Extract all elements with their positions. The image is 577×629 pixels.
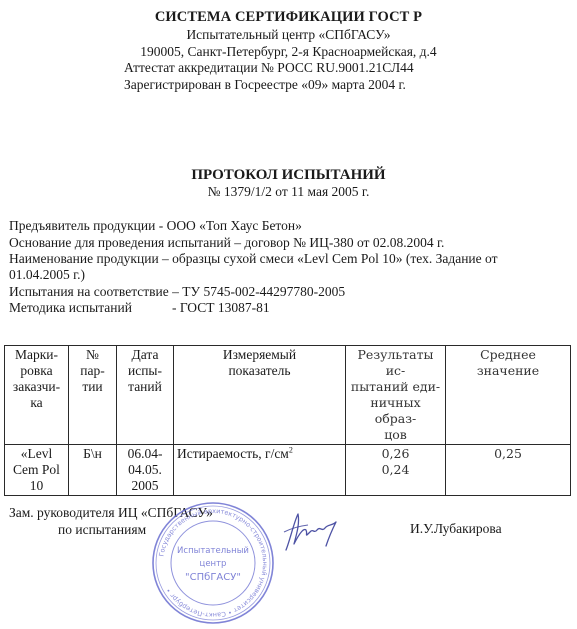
accreditation-line: Аттестат аккредитации № РОСС RU.9001.21С… (124, 60, 414, 76)
cell-average: 0,25 (446, 445, 571, 496)
svg-text:центр: центр (200, 559, 227, 569)
header-individual-results: Результаты ис-пытаний еди-ничных образ-ц… (346, 346, 446, 445)
header-batch: №пар-тии (69, 346, 117, 445)
header-marking: Марки-ровказаказчи-ка (5, 346, 69, 445)
test-center-name: Испытательный центр «СПбГАСУ» (0, 27, 577, 43)
method-line: Методика испытаний- ГОСТ 13087-81 (9, 300, 270, 316)
official-stamp-icon: Государственный архитектурно-строительны… (150, 500, 276, 626)
svg-text:Испытательный: Испытательный (177, 546, 249, 556)
protocol-number: № 1379/1/2 от 11 мая 2005 г. (0, 184, 577, 200)
cell-individual-results: 0,260,24 (346, 445, 446, 496)
signatory-name: И.У.Лубакирова (410, 521, 502, 537)
certification-system-title: СИСТЕМА СЕРТИФИКАЦИИ ГОСТ Р (0, 9, 577, 26)
basis-line: Основание для проведения испытаний – дог… (9, 235, 444, 251)
cell-indicator: Истираемость, г/см2 (174, 445, 346, 496)
product-line-1: Наименование продукции – образцы сухой с… (9, 251, 498, 267)
header-indicator: Измеряемыйпоказатель (174, 346, 346, 445)
test-center-address: 190005, Санкт-Петербург, 2-я Красноармей… (0, 44, 577, 60)
handwritten-signature-icon (280, 510, 350, 554)
cell-batch: Б\н (69, 445, 117, 496)
results-table: Марки-ровказаказчи-ка №пар-тии Датаиспы-… (4, 345, 571, 496)
header-test-date: Датаиспы-таний (117, 346, 174, 445)
applicant-line: Предъявитель продукции - ООО «Топ Хаус Б… (9, 218, 302, 234)
method-label: Методика испытаний (9, 300, 132, 315)
signatory-role-line-2: по испытаниям (58, 522, 146, 538)
product-line-2: 01.04.2005 г.) (9, 267, 85, 283)
table-row: «LevlCem Pol10 Б\н 06.04-04.05.2005 Исти… (5, 445, 571, 496)
protocol-title: ПРОТОКОЛ ИСПЫТАНИЙ (0, 167, 577, 184)
compliance-line: Испытания на соответствие – ТУ 5745-002-… (9, 284, 345, 300)
method-value: - ГОСТ 13087-81 (172, 300, 270, 315)
svg-text:"СПбГАСУ": "СПбГАСУ" (185, 572, 241, 583)
table-header-row: Марки-ровказаказчи-ка №пар-тии Датаиспы-… (5, 346, 571, 445)
cell-test-date: 06.04-04.05.2005 (117, 445, 174, 496)
registration-line: Зарегистрирован в Госреестре «09» марта … (124, 77, 406, 93)
header-average: Среднеезначение (446, 346, 571, 445)
cell-marking: «LevlCem Pol10 (5, 445, 69, 496)
